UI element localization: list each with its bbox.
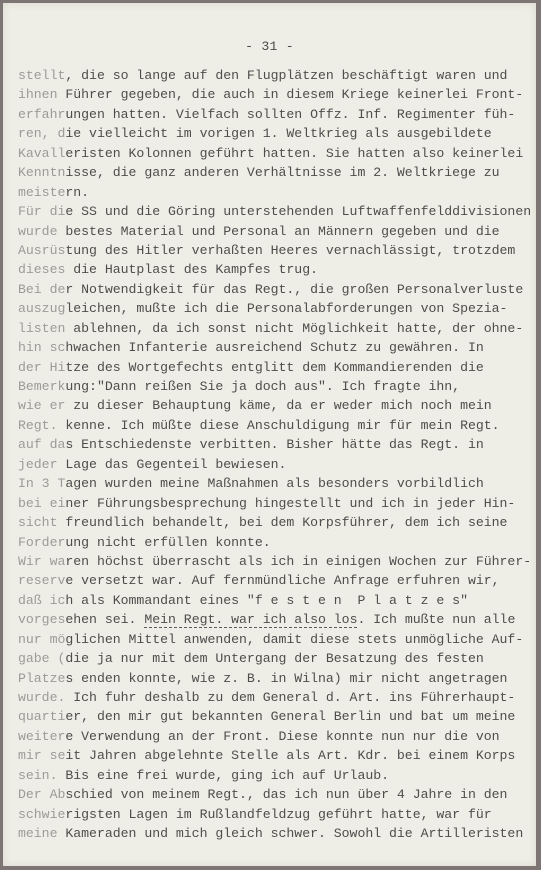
text-line-body: Bis eine frei wurde, ging ich auf Urlaub…: [65, 768, 389, 783]
text-line-body: e versetzt war. Auf fernmündliche Anfrag…: [65, 573, 499, 588]
text-line-tail: . Ich mußte nun alle: [357, 612, 515, 627]
text-line-faded-start: schwie: [18, 807, 65, 822]
text-line: Ausrüstung des Hitler verhaßten Heeres v…: [18, 241, 533, 260]
text-line: jeder Lage das Gegenteil bewiesen.: [18, 455, 533, 474]
text-line: meistern.: [18, 183, 533, 202]
text-line: wie er zu dieser Behauptung käme, da er …: [18, 396, 533, 415]
text-line: reserve versetzt war. Auf fernmündliche …: [18, 571, 533, 590]
text-line: meine Kameraden und mich gleich schwer. …: [18, 824, 533, 843]
text-line-body: ner Führungsbesprechung hingestellt und …: [65, 496, 515, 511]
text-line: dieses die Hautplast des Kampfes trug.: [18, 260, 533, 279]
text-line-faded-start: wurde.: [18, 690, 65, 705]
text-line: quartier, den mir gut bekannten General …: [18, 707, 533, 726]
text-line-body: eristen Kolonnen geführt hatten. Sie hat…: [65, 146, 523, 161]
text-line: stellt, die so lange auf den Flugplätzen…: [18, 66, 533, 85]
text-line: Wir waren höchst überrascht als ich in e…: [18, 552, 533, 571]
text-line-faded-start: wurde: [18, 224, 65, 239]
text-line-faded-start: Wir wa: [18, 554, 65, 569]
text-line-faded-start: Kenntn: [18, 165, 65, 180]
text-line-faded-start: ihnen: [18, 87, 57, 102]
text-line-faded-start: nur mö: [18, 632, 65, 647]
text-line: In 3 Tagen wurden meine Maßnahmen als be…: [18, 474, 533, 493]
text-line: Kavalleristen Kolonnen geführt hatten. S…: [18, 144, 533, 163]
text-line: Regt. kenne. Ich müßte diese Anschuldigu…: [18, 416, 533, 435]
text-line-body: zu dieser Behauptung käme, da er weder m…: [65, 398, 491, 413]
text-line-faded-start: daß ic: [18, 593, 65, 608]
text-line-body: s Entschiedenste verbitten. Bisher hätte…: [65, 437, 483, 452]
text-line-body: die Hautplast des Kampfes trug.: [65, 262, 318, 277]
text-line-body: er, den mir gut bekannten General Berlin…: [65, 709, 515, 724]
text-line-body: ren höchst überrascht als ich in einigen…: [65, 554, 531, 569]
text-line-faded-start: Für di: [18, 204, 65, 219]
text-line-body: Führer gegeben, die auch in diesem Krieg…: [57, 87, 523, 102]
text-line-faded-start: sein.: [18, 768, 65, 783]
text-line-body: e Verwendung an der Front. Diese konnte …: [65, 729, 499, 744]
text-line-faded-start: quarti: [18, 709, 65, 724]
text-line-faded-start: hin sc: [18, 340, 65, 355]
text-line: wurde bestes Material und Personal an Mä…: [18, 222, 533, 241]
text-line: auszugleichen, mußte ich die Personalabf…: [18, 299, 533, 318]
text-line-faded-start: wie er: [18, 398, 65, 413]
text-line-body: agen wurden meine Maßnahmen als besonder…: [65, 476, 483, 491]
text-line-faded-start: sicht: [18, 515, 65, 530]
text-line-body: ungen hatten. Vielfach sollten Offz. Inf…: [65, 107, 515, 122]
text-line: Kenntnisse, die ganz anderen Verhältniss…: [18, 163, 533, 182]
text-line: ihnen Führer gegeben, die auch in diesem…: [18, 85, 533, 104]
text-line-body: Lage das Gegenteil bewiesen.: [65, 457, 286, 472]
text-line-body: leichen, mußte ich die Personalabforderu…: [65, 301, 507, 316]
text-line-body: die ja nur mit dem Untergang der Besatzu…: [65, 651, 483, 666]
text-line-body: rn.: [65, 185, 89, 200]
text-line-body: , die so lange auf den Flugplätzen besch…: [65, 68, 507, 83]
text-line-body: tze des Wortgefechts entglitt dem Komman…: [65, 360, 483, 375]
text-line-faded-start: gabe (: [18, 651, 65, 666]
text-line: mir seit Jahren abgelehnte Stelle als Ar…: [18, 746, 533, 765]
text-line: nur möglichen Mittel anwenden, damit die…: [18, 630, 533, 649]
text-line: auf das Entschiedenste verbitten. Bisher…: [18, 435, 533, 454]
text-line-faded-start: Ausrüs: [18, 243, 65, 258]
text-line: listen ablehnen, da ich sonst nicht Mögl…: [18, 319, 533, 338]
text-line-faded-start: stellt: [18, 68, 65, 83]
text-line-body: h als Kommandant eines "f e s t e n P l …: [65, 593, 468, 608]
text-line: daß ich als Kommandant eines "f e s t e …: [18, 591, 533, 610]
text-line-faded-start: vorges: [18, 612, 65, 627]
text-line: Forderung nicht erfüllen konnte.: [18, 533, 533, 552]
text-line: weitere Verwendung an der Front. Diese k…: [18, 727, 533, 746]
text-line-body: r Notwendigkeit für das Regt., die große…: [65, 282, 523, 297]
text-line: bei einer Führungsbesprechung hingestell…: [18, 494, 533, 513]
text-line-body: e SS und die Göring unterstehenden Luftw…: [65, 204, 531, 219]
text-line-body: freundlich behandelt, bei dem Korpsführe…: [65, 515, 507, 530]
document-body: stellt, die so lange auf den Flugplätzen…: [18, 66, 533, 844]
text-line: sicht freundlich behandelt, bei dem Korp…: [18, 513, 533, 532]
text-line-faded-start: dieses: [18, 262, 65, 277]
text-line: schwierigsten Lagen im Rußlandfeldzug ge…: [18, 805, 533, 824]
text-line-body: tung des Hitler verhaßten Heeres vernach…: [65, 243, 515, 258]
text-line: vorgesehen sei. Mein Regt. war ich also …: [18, 610, 533, 629]
text-line: der Hitze des Wortgefechts entglitt dem …: [18, 358, 533, 377]
text-line-body: ablehnen, da ich sonst nicht Möglichkeit…: [65, 321, 523, 336]
text-line-body: s enden konnte, wie z. B. in Wilna) mir …: [65, 671, 507, 686]
text-line-faded-start: ren, d: [18, 126, 65, 141]
text-line: erfahrungen hatten. Vielfach sollten Off…: [18, 105, 533, 124]
text-line: ren, die vielleicht im vorigen 1. Weltkr…: [18, 124, 533, 143]
text-line: Bemerkung:"Dann reißen Sie ja doch aus".…: [18, 377, 533, 396]
text-line: Für die SS und die Göring unterstehenden…: [18, 202, 533, 221]
text-line-faded-start: jeder: [18, 457, 65, 472]
text-line-faded-start: Bei de: [18, 282, 65, 297]
text-line-body: bestes Material und Personal an Männern …: [65, 224, 499, 239]
text-line-faded-start: Forder: [18, 535, 65, 550]
text-line-body: ung:"Dann reißen Sie ja doch aus". Ich f…: [65, 379, 460, 394]
underlined-phrase: Mein Regt. war ich also los: [144, 612, 357, 628]
text-line-body: it Jahren abgelehnte Stelle als Art. Kdr…: [65, 748, 515, 763]
text-line-faded-start: mir se: [18, 748, 65, 763]
text-line-faded-start: auszug: [18, 301, 65, 316]
text-line-body: rigsten Lagen im Rußlandfeldzug geführt …: [65, 807, 491, 822]
page-number: - 31 -: [3, 39, 536, 54]
text-line-faded-start: der Hi: [18, 360, 65, 375]
text-line-faded-start: Der Ab: [18, 787, 65, 802]
text-line-faded-start: erfahr: [18, 107, 65, 122]
text-line-body: schied von meinem Regt., das ich nun übe…: [65, 787, 507, 802]
text-line-body: ung nicht erfüllen konnte.: [65, 535, 270, 550]
text-line-faded-start: Platze: [18, 671, 65, 686]
text-line-faded-start: reserv: [18, 573, 65, 588]
text-line-faded-start: Regt.: [18, 418, 65, 433]
text-line-faded-start: weiter: [18, 729, 65, 744]
text-line-faded-start: meine: [18, 826, 65, 841]
text-line: gabe (die ja nur mit dem Untergang der B…: [18, 649, 533, 668]
text-line-faded-start: Bemerk: [18, 379, 65, 394]
text-line-body: isse, die ganz anderen Verhältnisse im 2…: [65, 165, 499, 180]
text-line: Der Abschied von meinem Regt., das ich n…: [18, 785, 533, 804]
document-page: - 31 - stellt, die so lange auf den Flug…: [3, 3, 536, 866]
text-line-body: ie vielleicht im vorigen 1. Weltkrieg al…: [65, 126, 491, 141]
text-line: Platzes enden konnte, wie z. B. in Wilna…: [18, 669, 533, 688]
text-line: sein. Bis eine frei wurde, ging ich auf …: [18, 766, 533, 785]
text-line-body: hwachen Infanterie ausreichend Schutz zu…: [65, 340, 483, 355]
text-line-faded-start: auf da: [18, 437, 65, 452]
text-line-faded-start: Kavall: [18, 146, 65, 161]
text-line: wurde. Ich fuhr deshalb zu dem General d…: [18, 688, 533, 707]
text-line-faded-start: In 3 T: [18, 476, 65, 491]
text-line-faded-start: bei ei: [18, 496, 65, 511]
text-line-body: Kameraden und mich gleich schwer. Sowohl…: [65, 826, 523, 841]
text-line-faded-start: meiste: [18, 185, 65, 200]
text-line-faded-start: listen: [18, 321, 65, 336]
text-line-body: kenne. Ich müßte diese Anschuldigung mir…: [65, 418, 499, 433]
text-line-body: glichen Mittel anwenden, damit diese ste…: [65, 632, 523, 647]
text-line-body: ehen sei.: [65, 612, 144, 627]
text-line: hin schwachen Infanterie ausreichend Sch…: [18, 338, 533, 357]
text-line-body: Ich fuhr deshalb zu dem General d. Art. …: [65, 690, 515, 705]
text-line: Bei der Notwendigkeit für das Regt., die…: [18, 280, 533, 299]
